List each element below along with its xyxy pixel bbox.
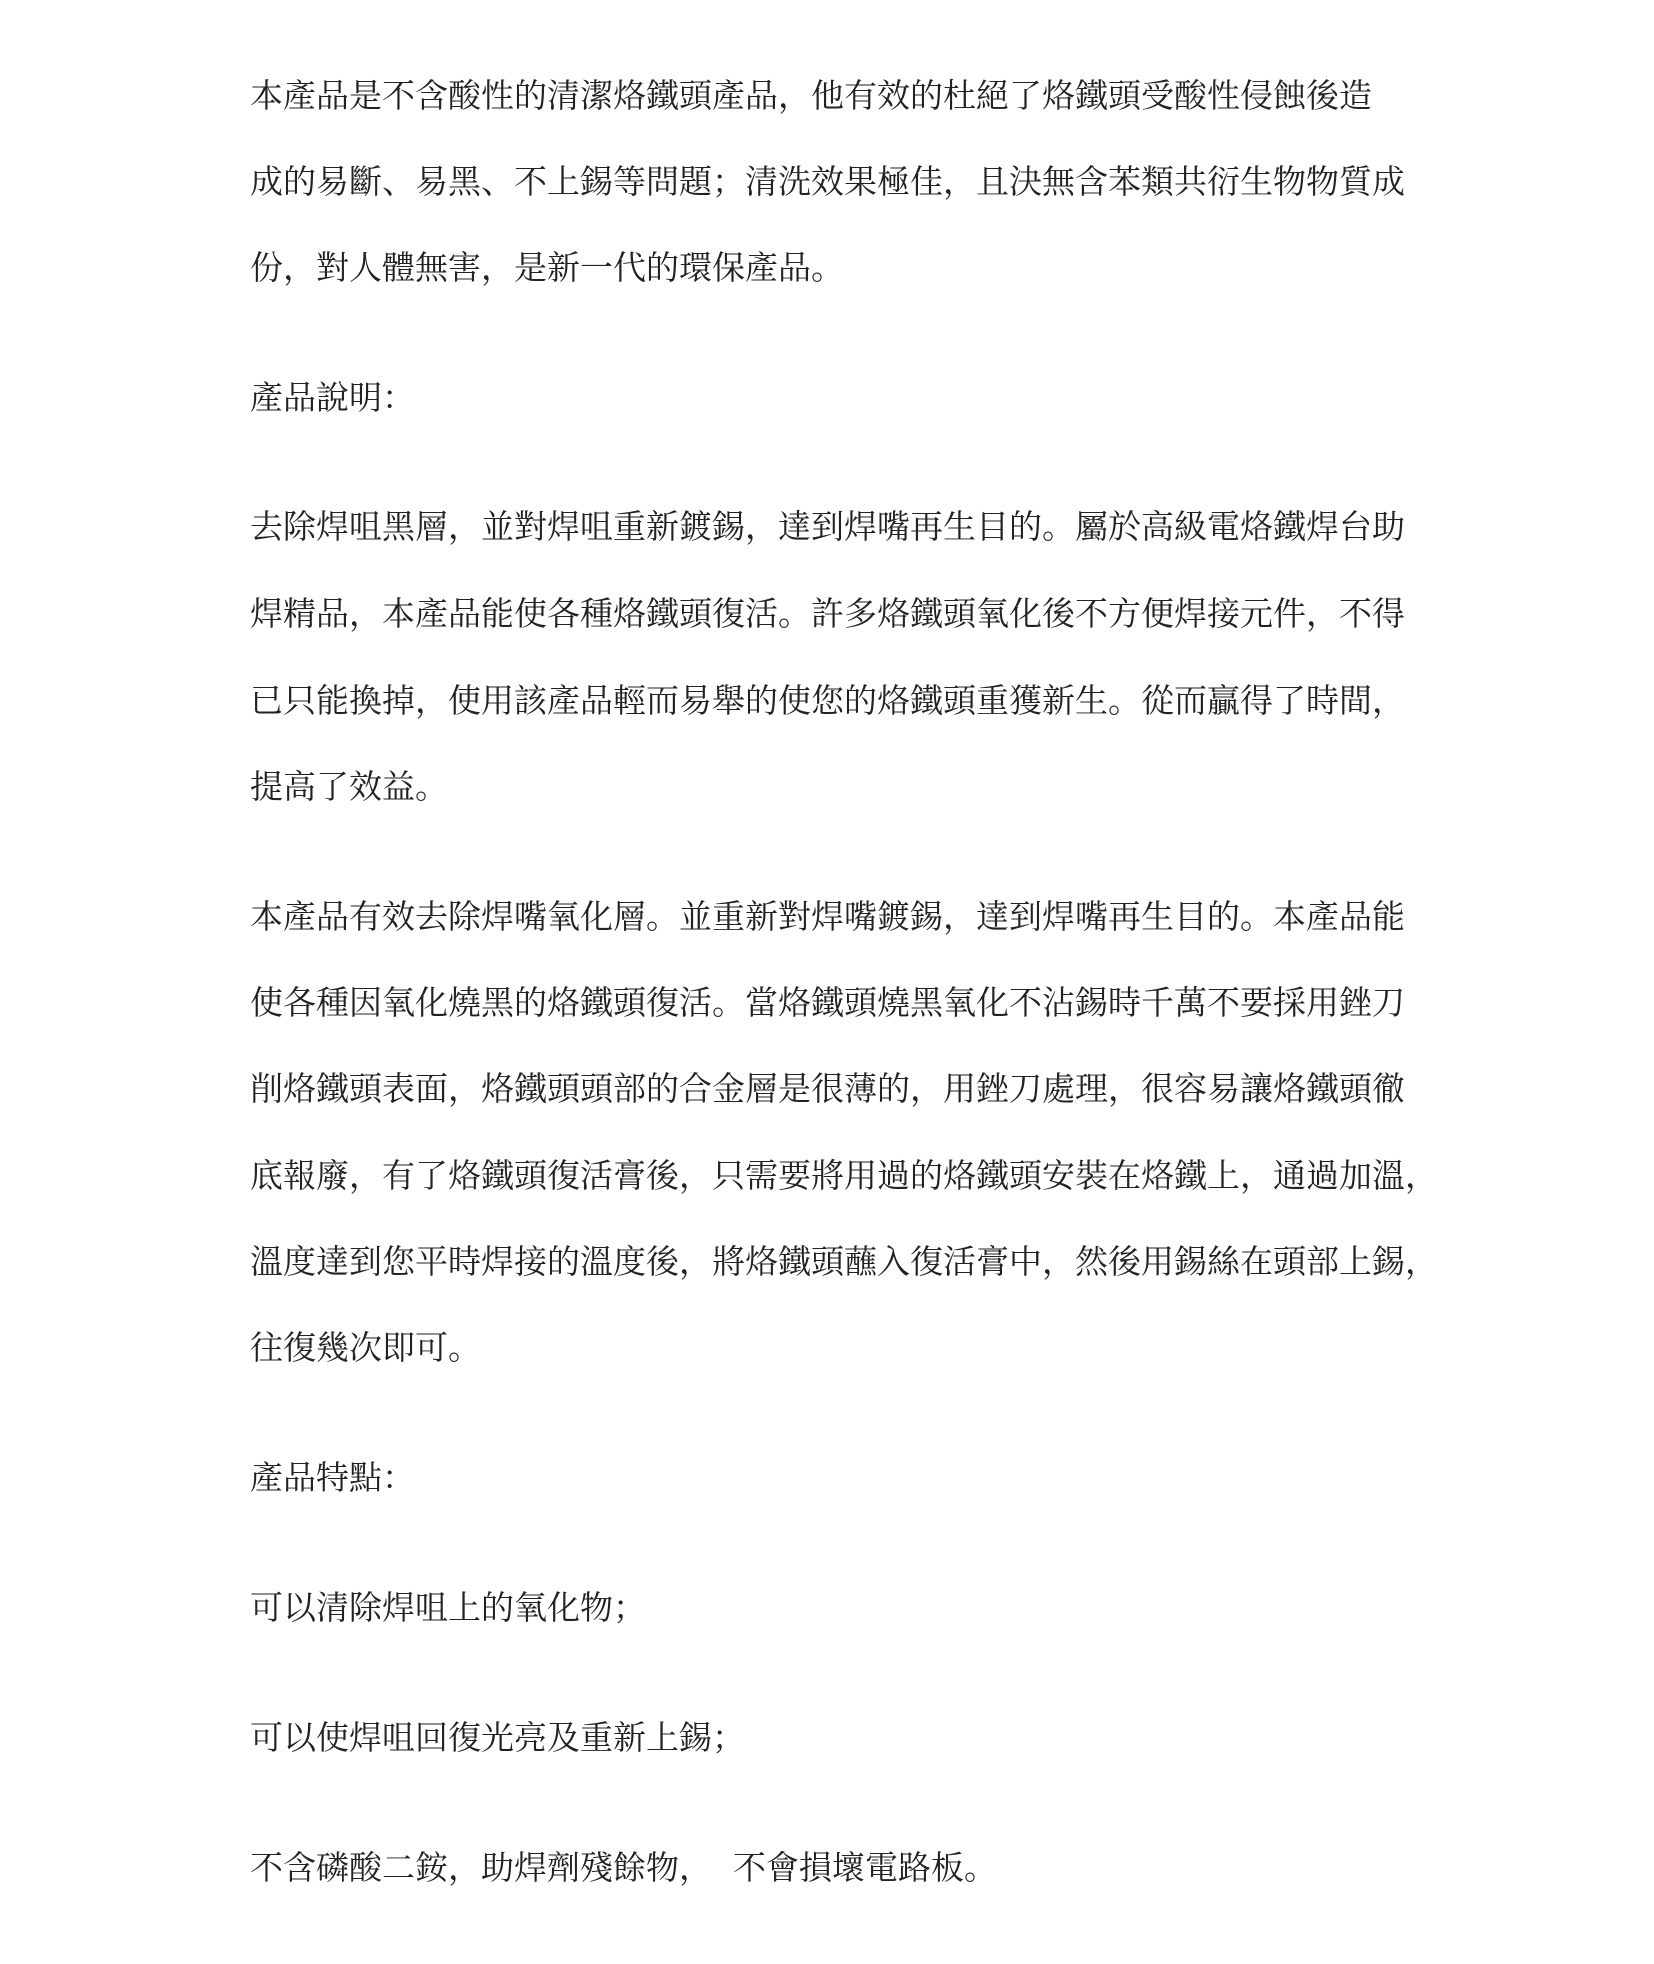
feature-item-1: 可以清除焊咀上的氧化物； <box>250 1588 1410 1628</box>
feature-item-3: 不含磷酸二銨，助焊劑殘餘物， 不會損壞電路板。 <box>250 1848 1410 1888</box>
description-para2-line-1: 本產品有效去除焊嘴氧化層。並重新對焊嘴鍍錫，達到焊嘴再生目的。本產品能 <box>250 897 1410 937</box>
features-heading: 產品特點： <box>250 1458 1410 1498</box>
description-para1-line-3: 已只能換掉，使用該產品輕而易舉的使您的烙鐵頭重獲新生。從而贏得了時間， <box>250 681 1410 721</box>
intro-line-2: 成的易斷、易黑、不上錫等問題；清洗效果極佳，且決無含苯類共衍生物物質成 <box>250 162 1410 202</box>
description-para2-line-5: 溫度達到您平時焊接的溫度後，將烙鐵頭蘸入復活膏中，然後用錫絲在頭部上錫， <box>250 1242 1410 1282</box>
description-para2-line-6: 往復幾次即可。 <box>250 1328 1410 1368</box>
description-para1-line-2: 焊精品，本產品能使各種烙鐵頭復活。許多烙鐵頭氧化後不方便焊接元件，不得 <box>250 594 1410 634</box>
description-para1-line-1: 去除焊咀黑層，並對焊咀重新鍍錫，達到焊嘴再生目的。屬於高級電烙鐵焊台助 <box>250 507 1410 547</box>
description-para1-line-4: 提高了效益。 <box>250 767 1410 807</box>
description-para2-line-2: 使各種因氧化燒黑的烙鐵頭復活。當烙鐵頭燒黑氧化不沾錫時千萬不要採用銼刀 <box>250 983 1410 1023</box>
description-para2-line-3: 削烙鐵頭表面，烙鐵頭頭部的合金層是很薄的，用銼刀處理，很容易讓烙鐵頭徹 <box>250 1069 1410 1109</box>
description-heading: 產品說明： <box>250 378 1410 418</box>
intro-line-1: 本產品是不含酸性的清潔烙鐵頭產品，他有效的杜絕了烙鐵頭受酸性侵蝕後造 <box>250 76 1410 116</box>
feature-item-2: 可以使焊咀回復光亮及重新上錫； <box>250 1718 1410 1758</box>
intro-line-3: 份，對人體無害，是新一代的環保產品。 <box>250 248 1410 288</box>
description-para2-line-4: 底報廢，有了烙鐵頭復活膏後，只需要將用過的烙鐵頭安裝在烙鐵上，通過加溫， <box>250 1156 1410 1196</box>
document-page: 本產品是不含酸性的清潔烙鐵頭產品，他有效的杜絕了烙鐵頭受酸性侵蝕後造 成的易斷、… <box>0 0 1654 1964</box>
